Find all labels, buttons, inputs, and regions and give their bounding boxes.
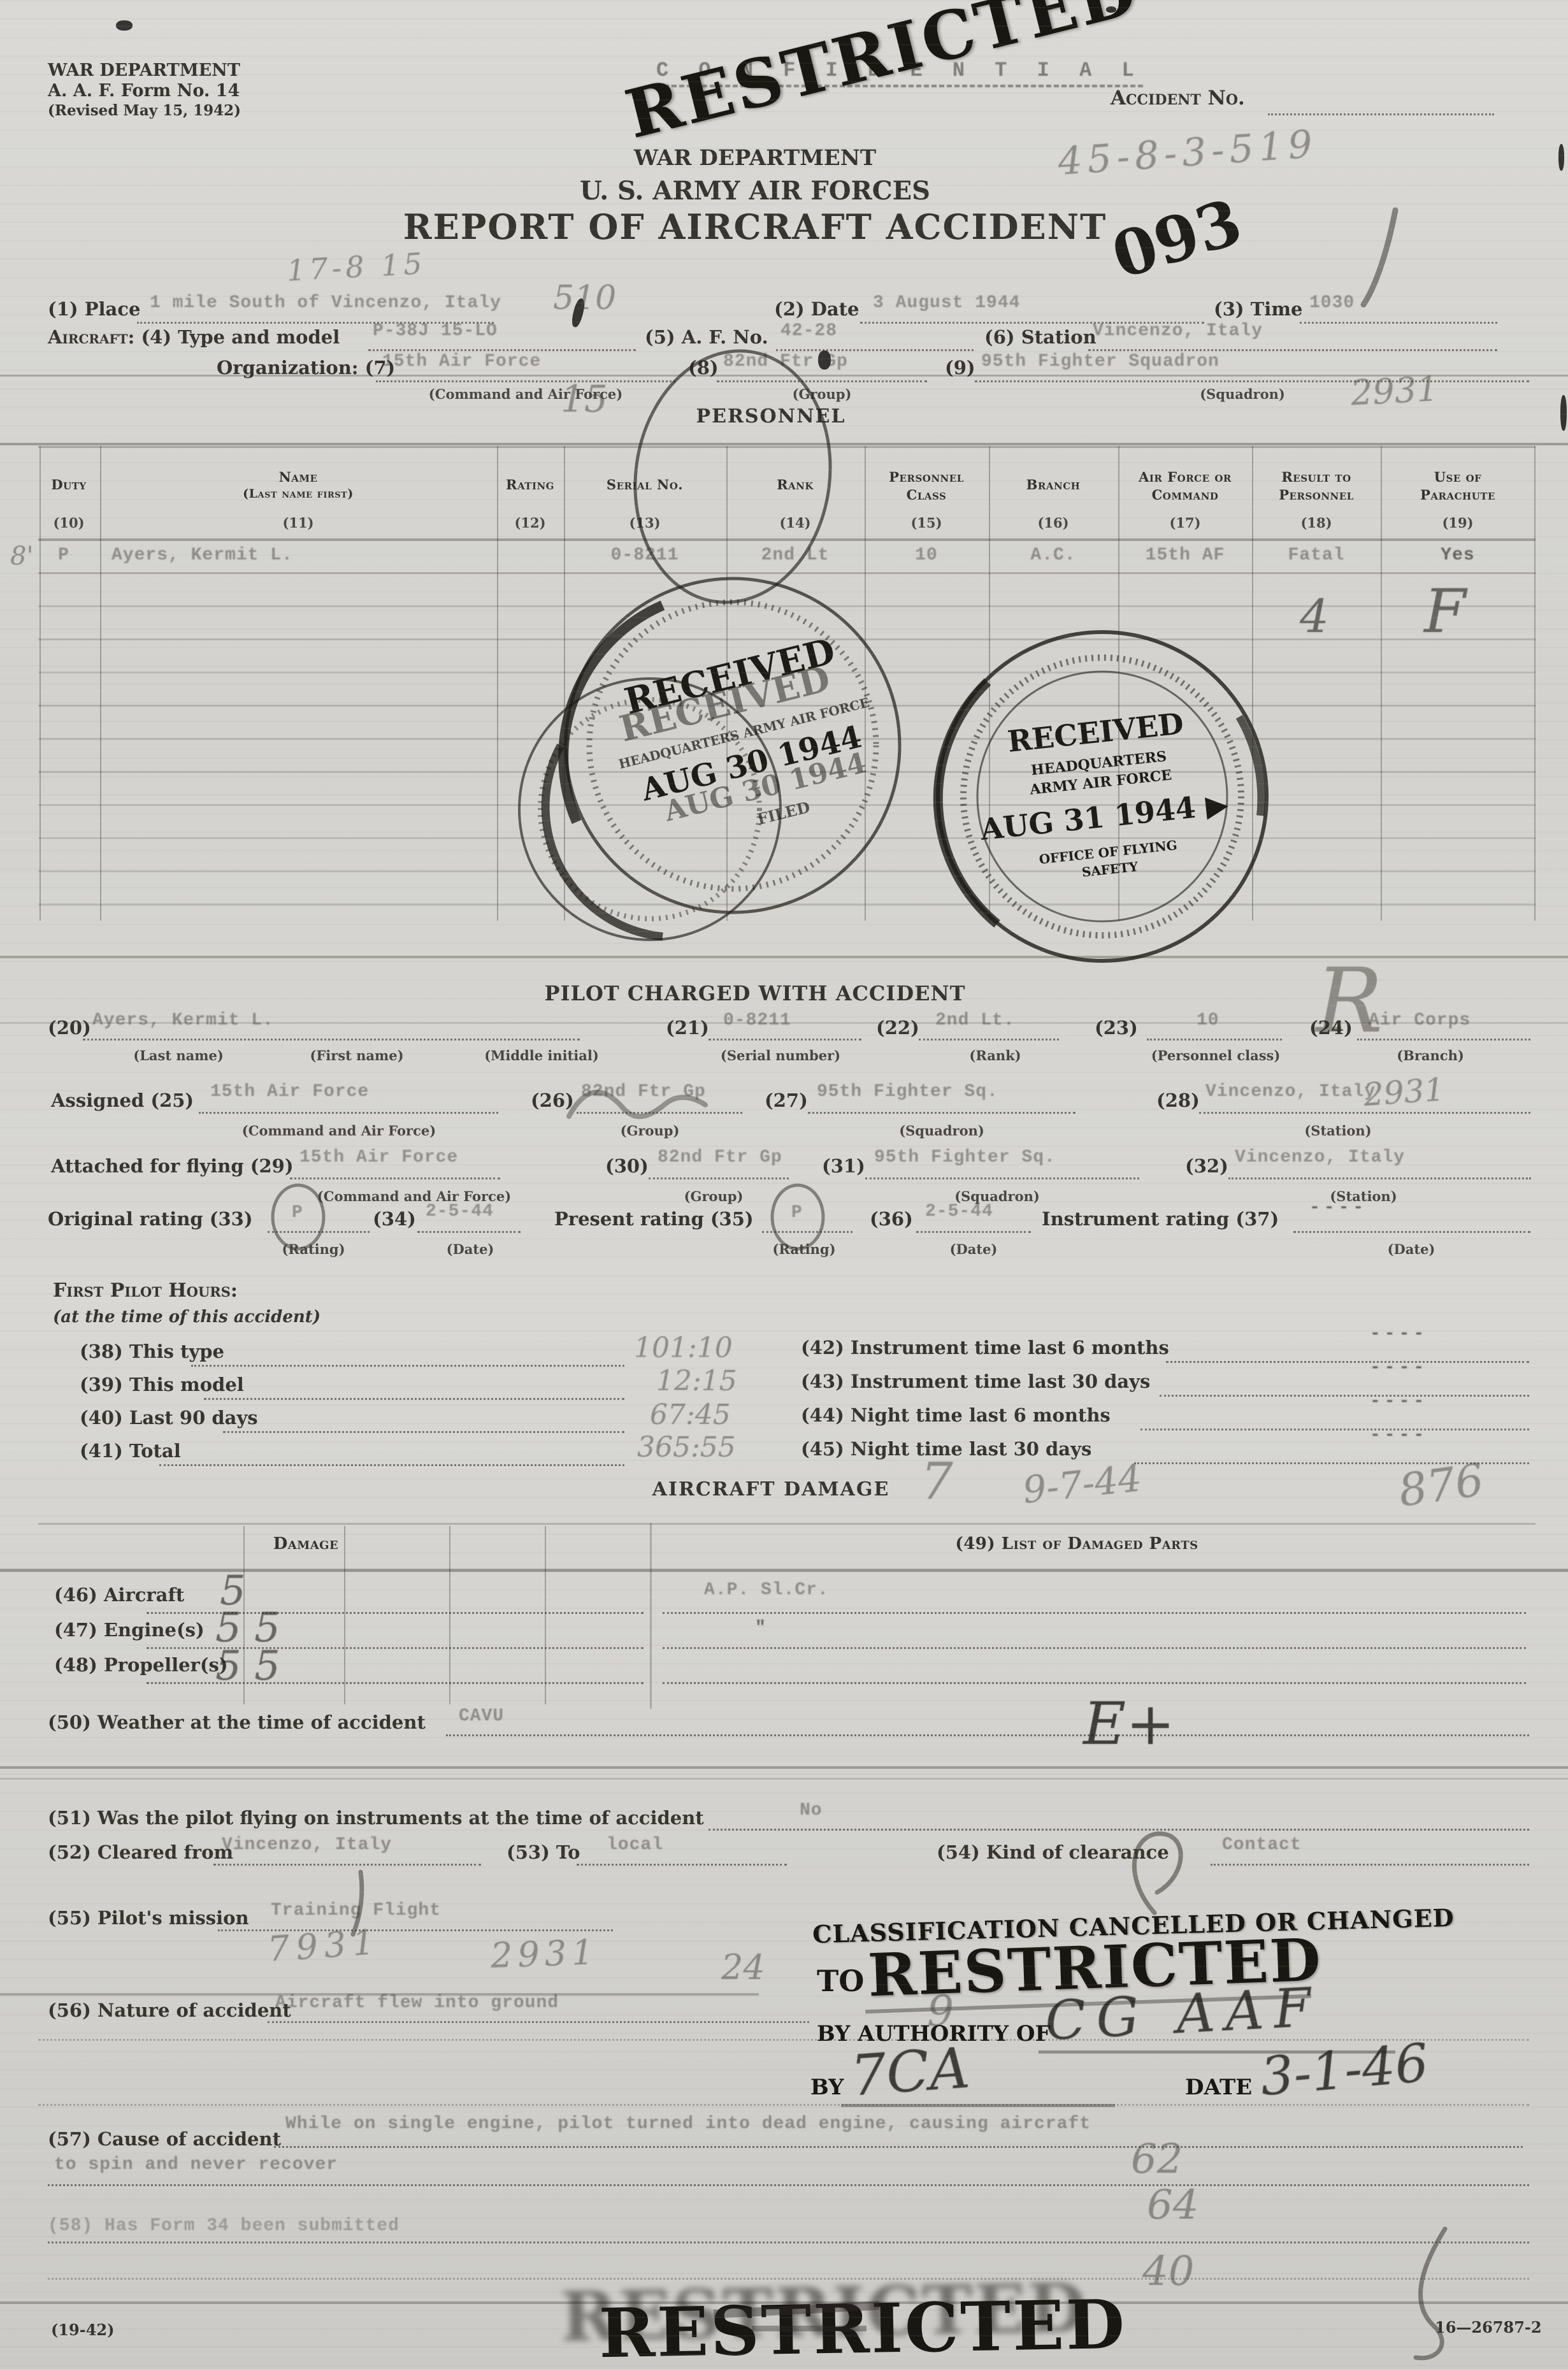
pencil-stroke-cleared-from <box>353 1872 362 1934</box>
pencil-note-top: 17-8 15 <box>286 246 427 287</box>
pencil-circle-rating-33 <box>273 1185 324 1249</box>
pencil-scrawl-26 <box>569 1092 705 1116</box>
pencil-circle-rating-35 <box>772 1185 823 1249</box>
document-page: WAR DEPARTMENT A. A. F. Form No. 14 (Rev… <box>0 0 1568 2369</box>
pencil-tick-stroke <box>1363 210 1395 305</box>
pencil-marks-overlay <box>0 0 1568 2369</box>
pencil-loop-clearance <box>1134 1834 1181 1913</box>
pencil-circle-group-field <box>619 338 846 615</box>
pencil-squiggle-bottom <box>1416 2229 1445 2358</box>
